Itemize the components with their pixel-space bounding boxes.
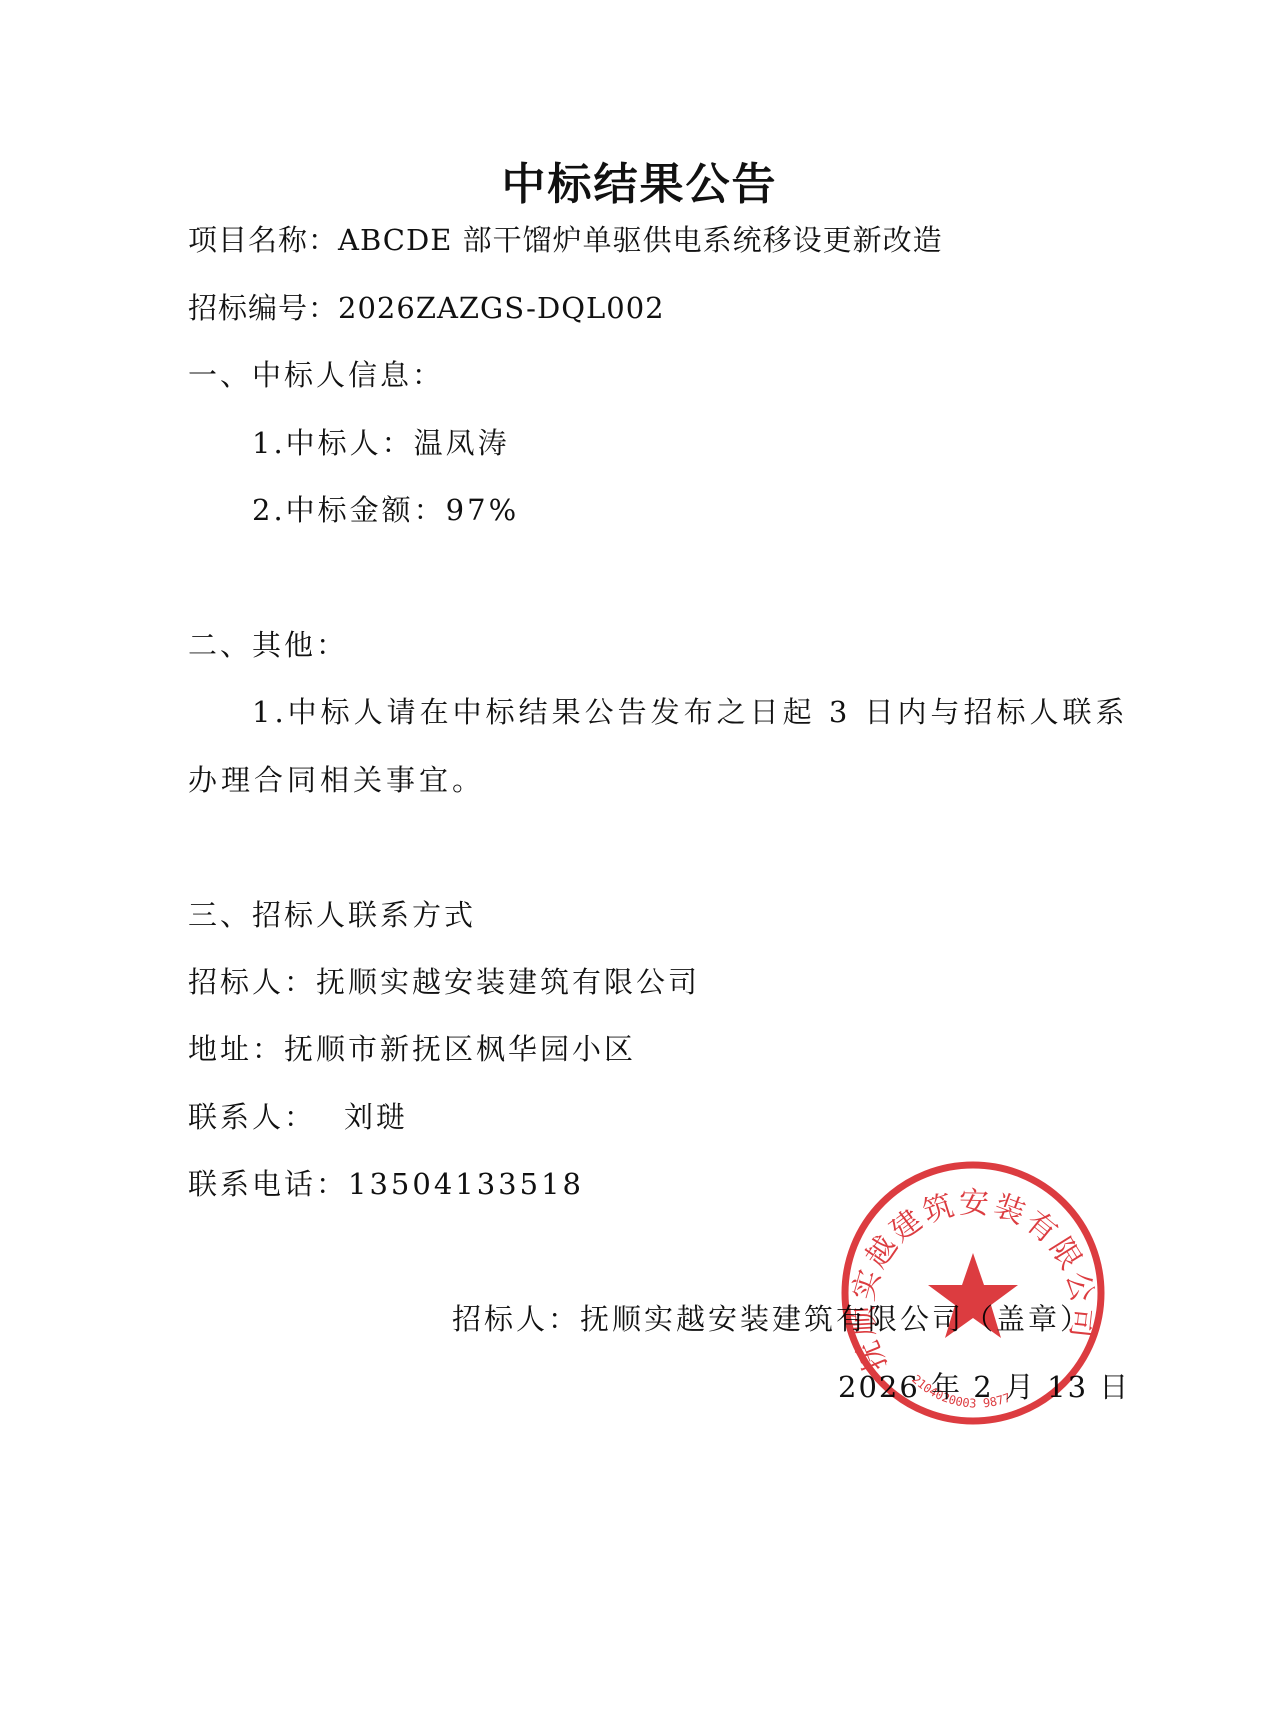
contact-line: 联系人：刘琎 xyxy=(188,1095,408,1136)
section2-heading: 二、其他： xyxy=(188,623,348,664)
tenderer-value: 抚顺实越安装建筑有限公司 xyxy=(316,965,700,999)
bid-number-line: 招标编号：2026ZAZGS-DQL002 xyxy=(188,286,665,327)
bid-number-label: 招标编号： xyxy=(188,291,338,325)
section3-heading: 三、招标人联系方式 xyxy=(188,893,476,934)
signature-line: 招标人：抚顺实越安装建筑有限公司（盖章） xyxy=(452,1297,1092,1338)
tenderer-label: 招标人： xyxy=(188,965,316,999)
bid-number-value: 2026ZAZGS-DQL002 xyxy=(338,291,665,325)
signature-date: 2026 年 2 月 13 日 xyxy=(838,1365,1130,1406)
project-name-line: 项目名称：ABCDE 部干馏炉单驱供电系统移设更新改造 xyxy=(188,218,943,259)
amount-value: 97% xyxy=(446,493,519,527)
signature-stamp-note: （盖章） xyxy=(964,1302,1092,1336)
phone-line: 联系电话：13504133518 xyxy=(188,1162,584,1203)
seal-text: 抚顺实越建筑安装有限公司 xyxy=(845,1186,1101,1377)
svg-text:抚顺实越建筑安装有限公司: 抚顺实越建筑安装有限公司 xyxy=(845,1186,1101,1377)
contact-value: 刘琎 xyxy=(344,1100,408,1134)
tenderer-line: 招标人：抚顺实越安装建筑有限公司 xyxy=(188,960,700,1001)
winner-line: 1.中标人：温凤涛 xyxy=(252,421,510,462)
winner-value: 温凤涛 xyxy=(414,426,510,460)
address-label: 地址： xyxy=(188,1032,284,1066)
document-page: 中标结果公告 项目名称：ABCDE 部干馏炉单驱供电系统移设更新改造 招标编号：… xyxy=(0,0,1279,1728)
phone-value: 13504133518 xyxy=(348,1167,584,1201)
other-item1-line2: 办理合同相关事宜。 xyxy=(188,758,485,799)
contact-label: 联系人： xyxy=(188,1100,316,1134)
amount-label: 2.中标金额： xyxy=(252,493,446,527)
project-name-value: ABCDE 部干馏炉单驱供电系统移设更新改造 xyxy=(338,223,943,257)
other-item1-line1: 1.中标人请在中标结果公告发布之日起 3 日内与招标人联系 xyxy=(252,690,1129,731)
amount-line: 2.中标金额：97% xyxy=(252,488,519,529)
phone-label: 联系电话： xyxy=(188,1167,348,1201)
signature-label: 招标人： xyxy=(452,1302,580,1336)
project-name-label: 项目名称： xyxy=(188,223,338,257)
address-line: 地址：抚顺市新抚区枫华园小区 xyxy=(188,1027,636,1068)
page-title: 中标结果公告 xyxy=(0,148,1279,212)
signature-company: 抚顺实越安装建筑有限公司 xyxy=(580,1302,964,1336)
winner-label: 1.中标人： xyxy=(252,426,414,460)
address-value: 抚顺市新抚区枫华园小区 xyxy=(284,1032,636,1066)
section1-heading: 一、中标人信息： xyxy=(188,353,444,394)
